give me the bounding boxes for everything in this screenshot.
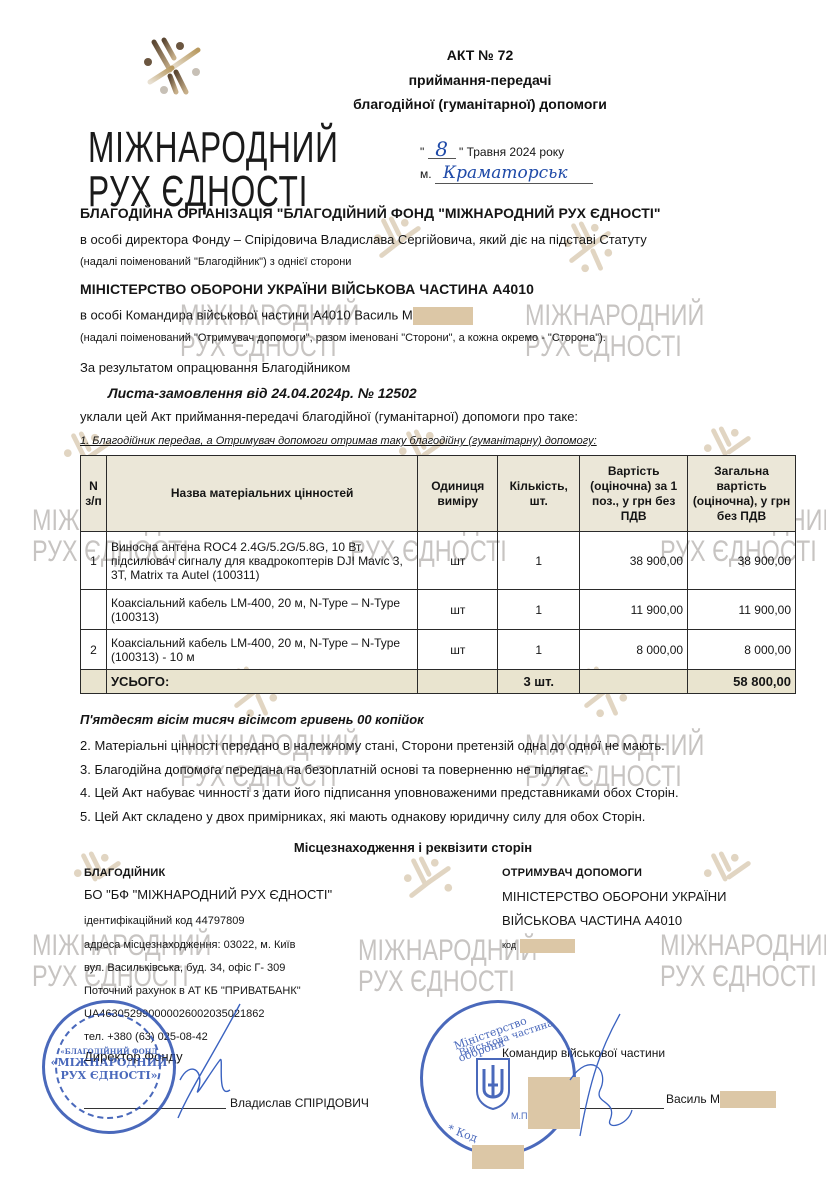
col-header-quantity: Кількість, шт. <box>498 456 580 532</box>
donor-id-code: ідентифікаційний код 44797809 <box>84 910 244 932</box>
donor-label: БЛАГОДІЙНИК <box>84 862 165 884</box>
total-label: УСЬОГО: <box>106 670 417 694</box>
redacted-surname <box>413 307 473 325</box>
brand-name: МІЖНАРОДНИЙ РУХ ЄДНОСТІ <box>88 126 339 214</box>
clause-5: 5. Цей Акт складено у двох примірниках, … <box>80 809 645 824</box>
watermark-logo-icon <box>560 220 618 274</box>
total-amount: 58 800,00 <box>688 670 796 694</box>
requisites-heading: Місцезнаходження і реквізити сторін <box>0 840 826 855</box>
city-name: Краматорськ <box>435 163 593 184</box>
donor-name: БО "БФ "МІЖНАРОДНИЙ РУХ ЄДНОСТІ" <box>84 884 332 906</box>
trident-emblem-icon <box>473 1055 513 1111</box>
donor-bank: Поточний рахунок в АТ КБ "ПРИВАТБАНК" <box>84 980 301 1002</box>
unity-cross-logo-icon <box>140 36 206 96</box>
redacted-surname <box>720 1091 776 1108</box>
col-header-name: Назва матеріальних цінностей <box>106 456 417 532</box>
clause-2: 2. Матеріальні цінності передано в належ… <box>80 738 665 753</box>
recipient-signature <box>560 1010 640 1140</box>
recipient-signatory: Василь М <box>666 1088 776 1110</box>
table-row: 1 Виносна антена ROC4 2.4G/5.2G/5.8G, 10… <box>81 532 796 590</box>
clause-3: 3. Благодійна допомога передана на безоп… <box>80 762 588 777</box>
col-header-total: Загальна вартість (оціночна), у грн без … <box>688 456 796 532</box>
watermark-logo-icon <box>400 855 458 909</box>
donor-signature <box>150 1000 260 1120</box>
recipient-heading: МІНІСТЕРСТВО ОБОРОНИ УКРАЇНИ ВІЙСЬКОВА Ч… <box>80 281 534 297</box>
col-header-unit: Одиниця виміру <box>418 456 498 532</box>
col-header-number: N з/п <box>81 456 107 532</box>
donor-hereinafter: (надалі поіменований "Благодійник") з од… <box>80 256 351 268</box>
redacted-stamp-code <box>472 1145 524 1169</box>
table-total-row: УСЬОГО: 3 шт. 58 800,00 <box>81 670 796 694</box>
donor-heading: БЛАГОДІЙНА ОРГАНІЗАЦІЯ "БЛАГОДІЙНИЙ ФОНД… <box>80 205 661 221</box>
amount-in-words: П'ятдесят вісім тисяч вісімсот гривень 0… <box>80 712 424 727</box>
order-letter: Листа-замовлення від 24.04.2024р. № 1250… <box>108 385 417 401</box>
donor-represented: в особі директора Фонду – Спірідовича Вл… <box>80 232 647 247</box>
recipient-represented: в особі Командира військової частини А40… <box>80 307 473 325</box>
concluded-text: уклали цей Акт приймання-передачі благод… <box>80 409 578 424</box>
donor-address-1: адреса місцезнаходження: 03022, м. Київ <box>84 934 295 956</box>
items-table: N з/п Назва матеріальних цінностей Одини… <box>80 455 796 694</box>
redacted-code <box>520 939 575 953</box>
clause-1: 1. Благодійник передав, а Отримувач допо… <box>80 435 597 447</box>
date-day: 8 <box>428 140 456 159</box>
recipient-hereinafter: (надалі поіменований "Отримувач допомоги… <box>80 332 606 344</box>
recipient-name-2: ВІЙСЬКОВА ЧАСТИНА А4010 <box>502 910 682 932</box>
act-subtitle-1: приймання-передачі <box>300 72 660 88</box>
recipient-label: ОТРИМУВАЧ ДОПОМОГИ <box>502 862 642 884</box>
table-row: Коаксіальний кабель LM-400, 20 м, N-Type… <box>81 590 796 630</box>
col-header-unit-price: Вартість (оціночна) за 1 поз., у грн без… <box>580 456 688 532</box>
act-subtitle-2: благодійної (гуманітарної) допомоги <box>300 96 660 112</box>
table-row: 2 Коаксіальний кабель LM-400, 20 м, N-Ty… <box>81 630 796 670</box>
act-city: м. Краматорськ <box>420 163 593 184</box>
act-title: АКТ № 72 <box>300 47 660 63</box>
clause-4: 4. Цей Акт набуває чинності з дати його … <box>80 785 679 800</box>
act-date: " 8 " Травня 2024 року <box>420 140 564 159</box>
total-quantity: 3 шт. <box>498 670 580 694</box>
recipient-code: код <box>502 934 575 956</box>
basis-intro: За результатом опрацювання Благодійником <box>80 360 350 375</box>
donor-address-2: вул. Васильківська, буд. 34, офіс Г- 309 <box>84 957 285 979</box>
recipient-name-1: МІНІСТЕРСТВО ОБОРОНИ УКРАЇНИ <box>502 886 727 908</box>
date-month-year: Травня 2024 року <box>467 145 565 159</box>
